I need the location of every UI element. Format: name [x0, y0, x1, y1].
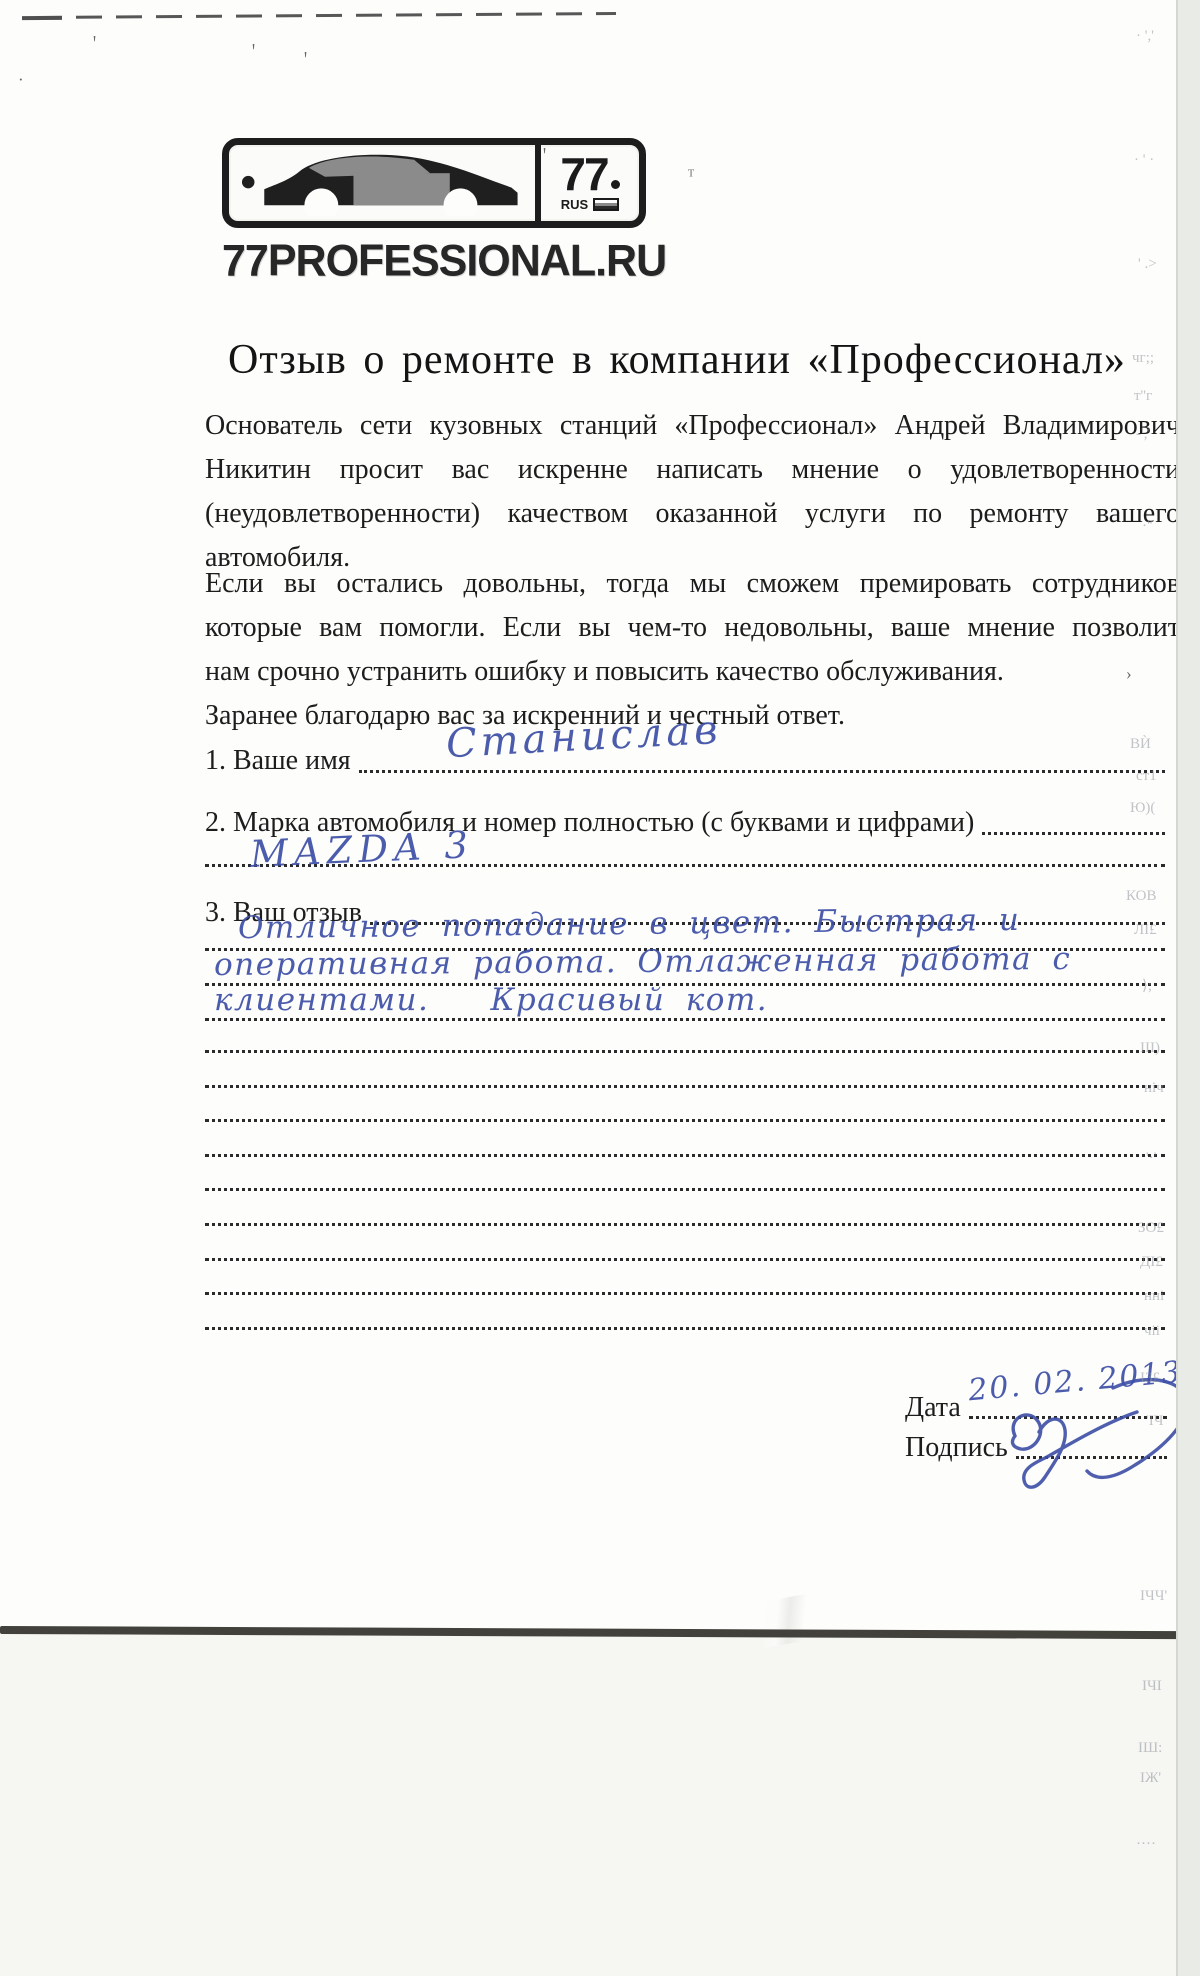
empty-answer-line [205, 1022, 1165, 1053]
handwritten-review-line: клиентами. Красивый кот. [214, 982, 768, 1018]
bleed-fragment: ніч [1144, 1080, 1164, 1097]
scanned-document: 77 RUS 77PROFESSIONAL.RU Отзыв о ремонте… [0, 0, 1200, 1976]
text-line: (неудовлетворенности) качеством оказанно… [205, 492, 1180, 536]
bleed-fragment: ⟩; [1142, 976, 1152, 995]
intro-paragraph-1: Основатель сети кузовных станций «Профес… [205, 404, 1180, 580]
bleed-fragment: Ю)( [1130, 800, 1155, 817]
intro-paragraph-2: Если вы остались довольны, тогда мы смож… [205, 562, 1180, 694]
signature-scribble-icon [985, 1372, 1200, 1497]
bleed-fragment: 'ІЧ [1146, 1413, 1163, 1430]
bleed-fragment: ІШ: [1138, 1740, 1162, 1757]
bleed-fragment: чг;; [1132, 350, 1154, 367]
empty-answer-line [205, 1126, 1165, 1157]
car-silhouette-icon [229, 145, 535, 221]
bleed-fragment: ІЗ£ [1140, 1370, 1160, 1387]
empty-answer-line [205, 1195, 1165, 1226]
bleed-fragment: ꞌ [304, 48, 307, 68]
name-field-label: 1. Ваше имя [205, 744, 351, 778]
bleed-fragment: · [18, 70, 24, 90]
company-logo: 77 RUS 77PROFESSIONAL.RU [222, 138, 666, 285]
bleed-fragment: · ',' [1136, 28, 1154, 45]
bleed-fragment: ᵀ [688, 166, 694, 186]
bleed-fragment: ДІ£ [1140, 1254, 1163, 1271]
bleed-fragment: › [1126, 664, 1132, 684]
bleed-fragment: ·'' [1142, 518, 1152, 535]
text-line: нам срочно устранить ошибку и повысить к… [205, 650, 1180, 694]
bleed-fragment: т''г [1134, 388, 1152, 405]
scanner-edge-strip [1176, 0, 1200, 1976]
empty-answer-line [205, 1160, 1165, 1191]
region-number: 77 [560, 154, 607, 195]
text-line: Если вы остались довольны, тогда мы смож… [205, 562, 1180, 606]
bleed-fragment: КОВ [1126, 888, 1156, 905]
bleed-fragment: ꞌ [543, 144, 546, 164]
text-line: Никитин просит вас искренне написать мне… [205, 448, 1180, 492]
bleed-fragment: ЛІ£ [1134, 922, 1157, 939]
empty-answer-line [205, 1264, 1165, 1295]
text-line: которые вам помогли. Если вы чем-то недо… [205, 606, 1180, 650]
bleed-fragment: ІЧЧ' [1140, 1588, 1167, 1605]
bleed-fragment: ' .> [1138, 256, 1157, 273]
bleed-fragment: ІІІ) [1140, 1040, 1160, 1057]
country-code: RUS [561, 197, 588, 212]
text-line: Основатель сети кузовных станций «Профес… [205, 404, 1180, 448]
bleed-fragment: ···· [1136, 1836, 1156, 1853]
russia-flag-icon [593, 198, 619, 211]
empty-answer-line [205, 1057, 1165, 1088]
bleed-fragment: чіі [1144, 1323, 1160, 1340]
brand-text: 77PROFESSIONAL.RU [222, 236, 666, 287]
plate-region-section: 77 RUS [535, 145, 639, 221]
bleed-fragment: ІЖ' [1140, 1770, 1161, 1787]
license-plate-logo: 77 RUS [222, 138, 646, 228]
bleed-fragment: ст1 [1136, 768, 1157, 785]
bleed-fragment: ꞌ [252, 40, 255, 60]
bleed-fragment: нні [1144, 1288, 1164, 1305]
empty-answer-line [205, 1230, 1165, 1261]
plate-dot-icon [611, 180, 620, 189]
bleed-fragment: '·' [1146, 1150, 1156, 1167]
bleed-fragment: ЗО£ [1138, 1220, 1164, 1237]
bleed-fragment: -',' [1136, 426, 1150, 443]
bleed-fragment: ВЍ [1130, 736, 1151, 753]
empty-answer-line [205, 1091, 1165, 1122]
date-label: Дата [905, 1392, 961, 1424]
empty-answer-line [205, 1299, 1165, 1330]
page-title: Отзыв о ремонте в компании «Профессионал… [228, 336, 1126, 384]
bleed-fragment: ꞌ [93, 32, 96, 52]
bleed-fragment: ІЧІ [1142, 1678, 1162, 1695]
handwritten-review-line: оперативная работа. Отлаженная работа с [214, 941, 1072, 983]
bleed-fragment: · ' · [1134, 152, 1154, 169]
